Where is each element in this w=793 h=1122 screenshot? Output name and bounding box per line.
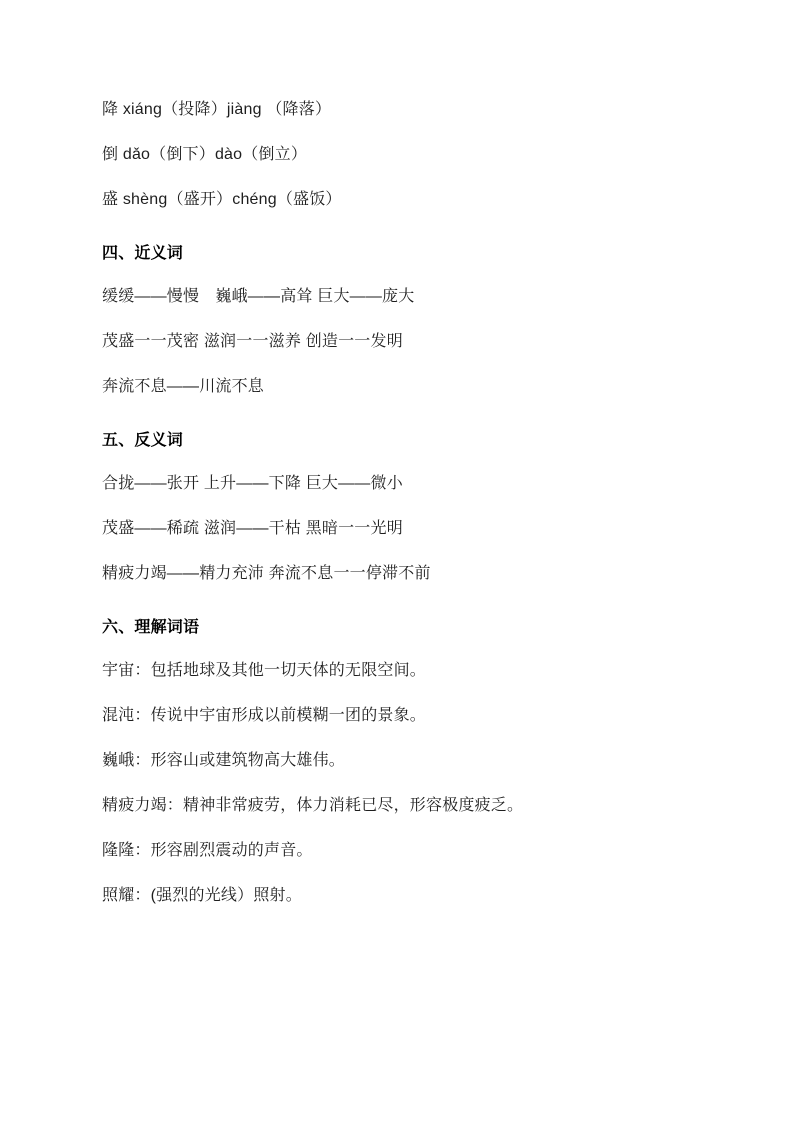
document-page: 降 xiáng（投降）jiàng （降落） 倒 dǎo（倒下）dào（倒立） 盛… [0,0,793,1122]
polyphonic-line: 倒 dǎo（倒下）dào（倒立） [102,144,713,165]
synonym-line: 茂盛一一茂密 滋润一一滋养 创造一一发明 [102,331,713,352]
definition-line: 巍峨：形容山或建筑物高大雄伟。 [102,750,713,771]
synonym-line: 缓缓——慢慢 巍峨——高耸 巨大——庞大 [102,286,713,307]
definition-line: 隆隆：形容剧烈震动的声音。 [102,840,713,861]
section-heading-antonyms: 五、反义词 [102,430,713,451]
antonyms-section: 五、反义词 合拢——张开 上升——下降 巨大——微小 茂盛——稀疏 滋润——干枯… [102,430,713,584]
section-heading-definitions: 六、理解词语 [102,617,713,638]
definition-line: 精疲力竭：精神非常疲劳，体力消耗已尽，形容极度疲乏。 [102,795,713,816]
section-heading-synonyms: 四、近义词 [102,243,713,264]
antonym-line: 合拢——张开 上升——下降 巨大——微小 [102,473,713,494]
word-definitions-section: 六、理解词语 宇宙：包括地球及其他一切天体的无限空间。 混沌：传说中宇宙形成以前… [102,617,713,906]
synonym-line: 奔流不息——川流不息 [102,376,713,397]
definition-line: 宇宙：包括地球及其他一切天体的无限空间。 [102,660,713,681]
synonyms-section: 四、近义词 缓缓——慢慢 巍峨——高耸 巨大——庞大 茂盛一一茂密 滋润一一滋养… [102,243,713,397]
polyphonic-line: 盛 shèng（盛开）chéng（盛饭） [102,189,713,210]
definition-line: 照耀：(强烈的光线）照射。 [102,885,713,906]
antonym-line: 精疲力竭——精力充沛 奔流不息一一停滞不前 [102,563,713,584]
antonym-line: 茂盛——稀疏 滋润——干枯 黑暗一一光明 [102,518,713,539]
definition-line: 混沌：传说中宇宙形成以前模糊一团的景象。 [102,705,713,726]
polyphonic-characters-section: 降 xiáng（投降）jiàng （降落） 倒 dǎo（倒下）dào（倒立） 盛… [102,99,713,210]
polyphonic-line: 降 xiáng（投降）jiàng （降落） [102,99,713,120]
